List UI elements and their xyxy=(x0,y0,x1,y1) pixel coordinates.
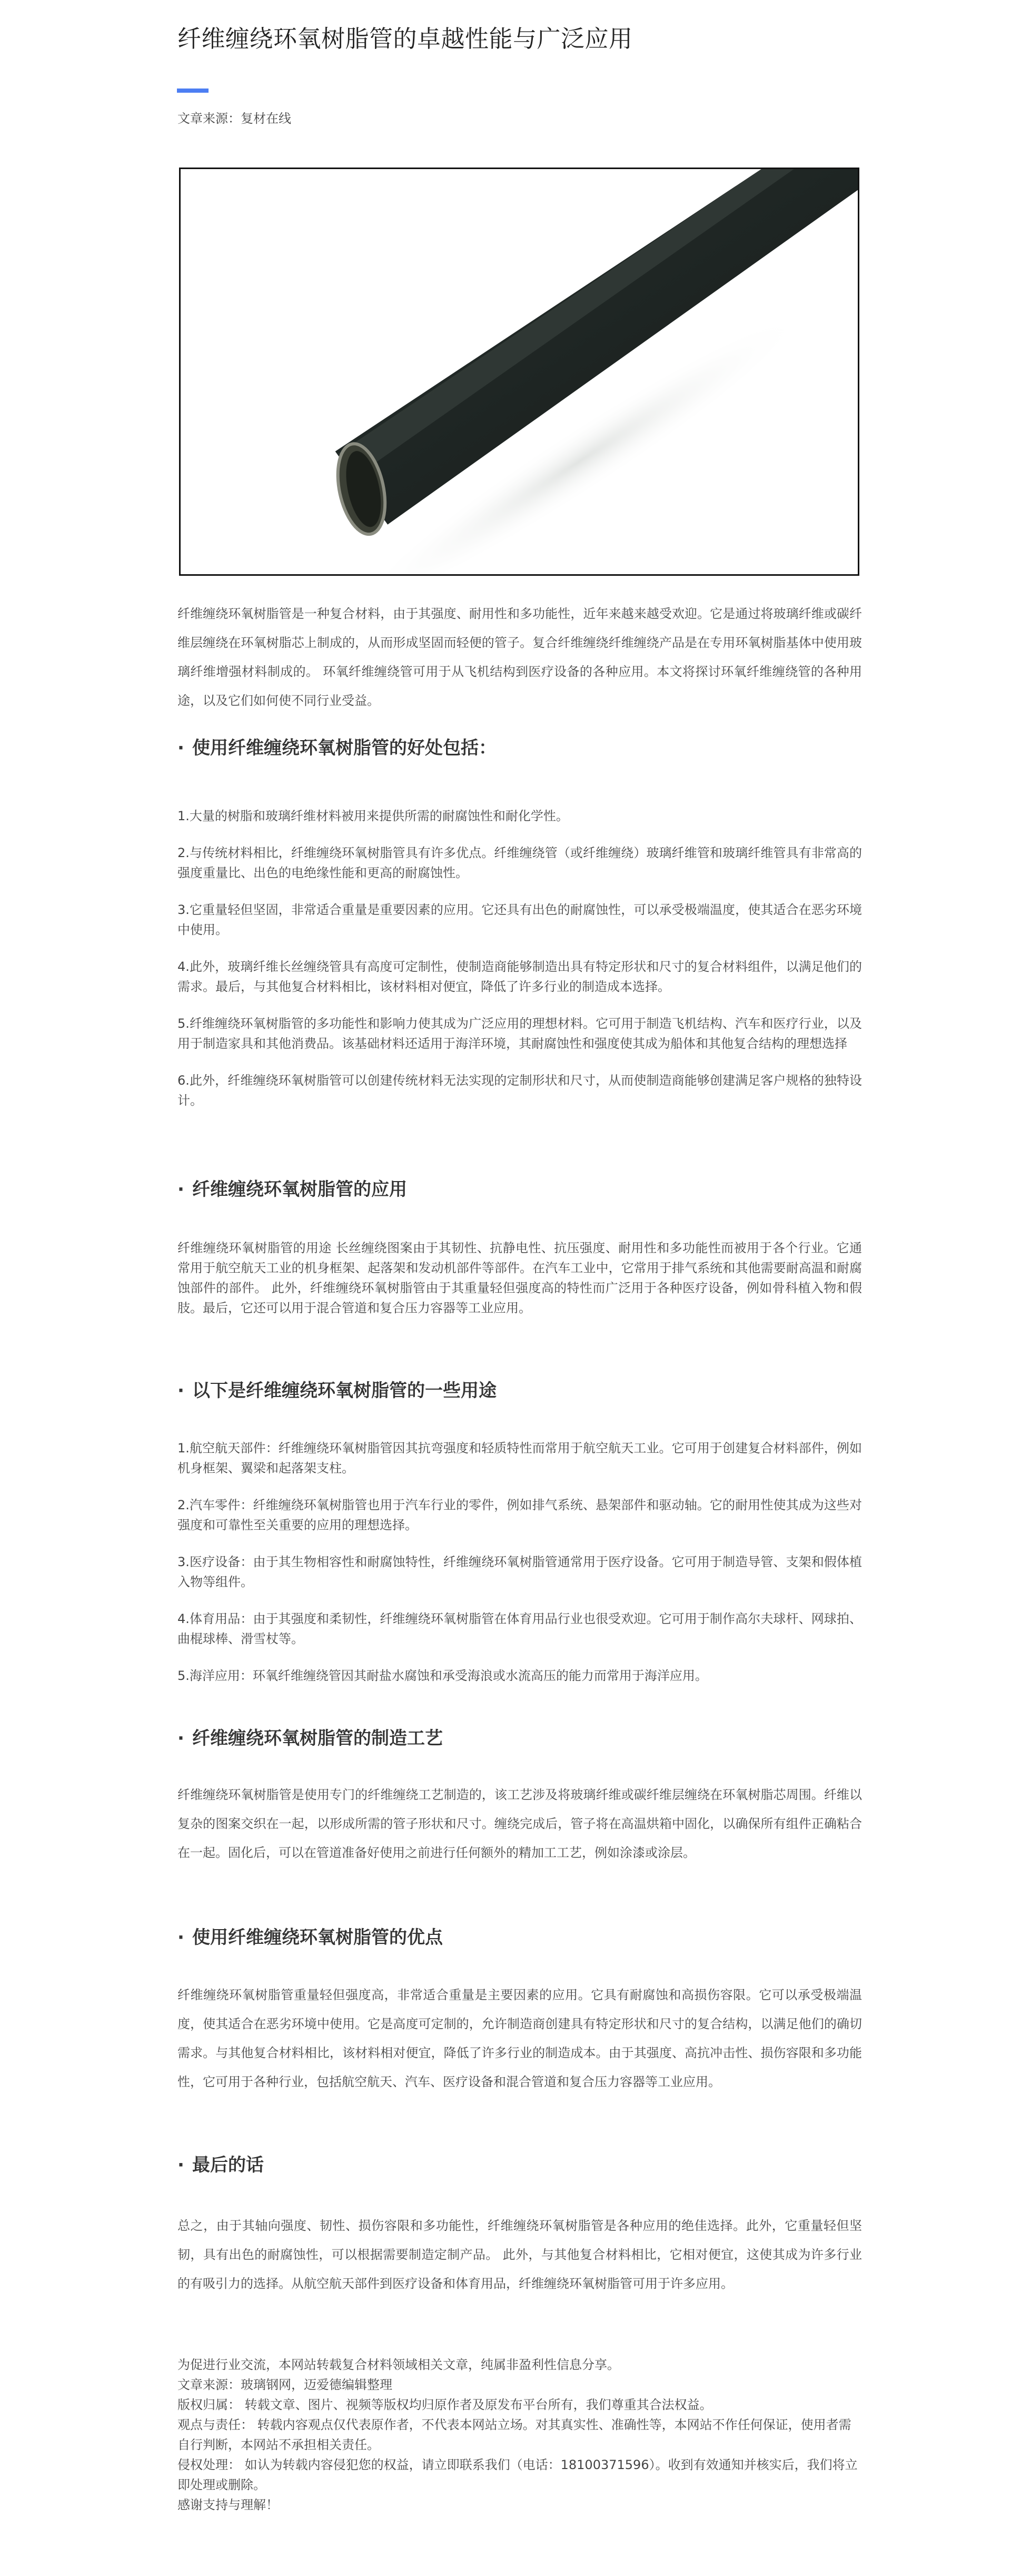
list-item: 5.海洋应用：环氧纤维缠绕管因其耐盐水腐蚀和承受海浪或水流高压的能力而常用于海洋… xyxy=(177,1666,862,1686)
disclaimer-thanks: 感谢支持与理解！ xyxy=(177,2495,862,2515)
list-item: 2.与传统材料相比，纤维缠绕环氧树脂管具有许多优点。纤维缠绕管（或纤维缠绕）玻璃… xyxy=(177,843,862,883)
conclusion-paragraph: 总之，由于其轴向强度、韧性、损伤容限和多功能性，纤维缠绕环氧树脂管是各种应用的绝… xyxy=(177,2211,862,2298)
disclaimer-responsibility: 观点与责任： 转载内容观点仅代表原作者，不代表本网站立场。对其真实性、准确性等，… xyxy=(177,2415,862,2455)
reprint-disclaimer: 为促进行业交流，本网站转载复合材料领域相关文章，纯属非盈利性信息分享。 文章来源… xyxy=(177,2355,862,2515)
list-item: 6.此外，纤维缠绕环氧树脂管可以创建传统材料无法实现的定制形状和尺寸，从而使制造… xyxy=(177,1070,862,1110)
section-heading-benefits: ·使用纤维缠绕环氧树脂管的好处包括： xyxy=(177,736,862,760)
disclaimer-source: 文章来源：玻璃钢网，迈爱德编辑整理 xyxy=(177,2375,862,2395)
list-item: 2.汽车零件：纤维缠绕环氧树脂管也用于汽车行业的零件，例如排气系统、悬架部件和驱… xyxy=(177,1495,862,1535)
list-item: 1.航空航天部件：纤维缠绕环氧树脂管因其抗弯强度和轻质特性而常用于航空航天工业。… xyxy=(177,1438,862,1478)
list-item: 4.体育用品：由于其强度和柔韧性，纤维缠绕环氧树脂管在体育用品行业也很受欢迎。它… xyxy=(177,1609,862,1649)
section-heading-conclusion: ·最后的话 xyxy=(177,2154,862,2177)
list-item: 5.纤维缠绕环氧树脂管的多功能性和影响力使其成为广泛应用的理想材料。它可用于制造… xyxy=(177,1014,862,1054)
disclaimer-purpose: 为促进行业交流，本网站转载复合材料领域相关文章，纯属非盈利性信息分享。 xyxy=(177,2355,862,2375)
bullet-dot-icon: · xyxy=(177,736,192,760)
list-item: 3.它重量轻但坚固，非常适合重量是重要因素的应用。它还具有出色的耐腐蚀性，可以承… xyxy=(177,900,862,940)
article-source: 文章来源：复材在线 xyxy=(177,110,862,127)
hero-image xyxy=(179,168,859,576)
section-heading-process: ·纤维缠绕环氧树脂管的制造工艺 xyxy=(177,1727,862,1750)
bullet-dot-icon: · xyxy=(177,2154,192,2177)
benefits-list: 1.大量的树脂和玻璃纤维材料被用来提供所需的耐腐蚀性和耐化学性。 2.与传统材料… xyxy=(177,806,862,1127)
bullet-dot-icon: · xyxy=(177,1178,192,1201)
title-accent-bar xyxy=(177,89,209,93)
fiber-tube-illustration xyxy=(181,169,858,574)
process-paragraph: 纤维缠绕环氧树脂管是使用专门的纤维缠绕工艺制造的，该工艺涉及将玻璃纤维或碳纤维层… xyxy=(177,1781,862,1867)
section-heading-applications: ·纤维缠绕环氧树脂管的应用 xyxy=(177,1178,862,1201)
article-title: 纤维缠绕环氧树脂管的卓越性能与广泛应用 xyxy=(177,24,862,54)
intro-paragraph: 纤维缠绕环氧树脂管是一种复合材料，由于其强度、耐用性和多功能性，近年来越来越受欢… xyxy=(177,599,862,715)
bullet-dot-icon: · xyxy=(177,1379,192,1402)
advantages-paragraph: 纤维缠绕环氧树脂管重量轻但强度高，非常适合重量是主要因素的应用。它具有耐腐蚀和高… xyxy=(177,1981,862,2097)
disclaimer-infringement: 侵权处理： 如认为转载内容侵犯您的权益，请立即联系我们（电话：181003715… xyxy=(177,2455,862,2495)
applications-paragraph: 纤维缠绕环氧树脂管的用途 长丝缠绕图案由于其韧性、抗静电性、抗压强度、耐用性和多… xyxy=(177,1238,862,1318)
section-heading-uses: ·以下是纤维缠绕环氧树脂管的一些用途 xyxy=(177,1379,862,1402)
section-heading-advantages: ·使用纤维缠绕环氧树脂管的优点 xyxy=(177,1926,862,1949)
list-item: 1.大量的树脂和玻璃纤维材料被用来提供所需的耐腐蚀性和耐化学性。 xyxy=(177,806,862,826)
bullet-dot-icon: · xyxy=(177,1727,192,1750)
disclaimer-copyright: 版权归属： 转载文章、图片、视频等版权均归原作者及原发布平台所有，我们尊重其合法… xyxy=(177,2395,862,2415)
uses-list: 1.航空航天部件：纤维缠绕环氧树脂管因其抗弯强度和轻质特性而常用于航空航天工业。… xyxy=(177,1438,862,1703)
list-item: 4.此外，玻璃纤维长丝缠绕管具有高度可定制性，使制造商能够制造出具有特定形状和尺… xyxy=(177,957,862,997)
bullet-dot-icon: · xyxy=(177,1926,192,1949)
list-item: 3.医疗设备：由于其生物相容性和耐腐蚀特性，纤维缠绕环氧树脂管通常用于医疗设备。… xyxy=(177,1552,862,1592)
